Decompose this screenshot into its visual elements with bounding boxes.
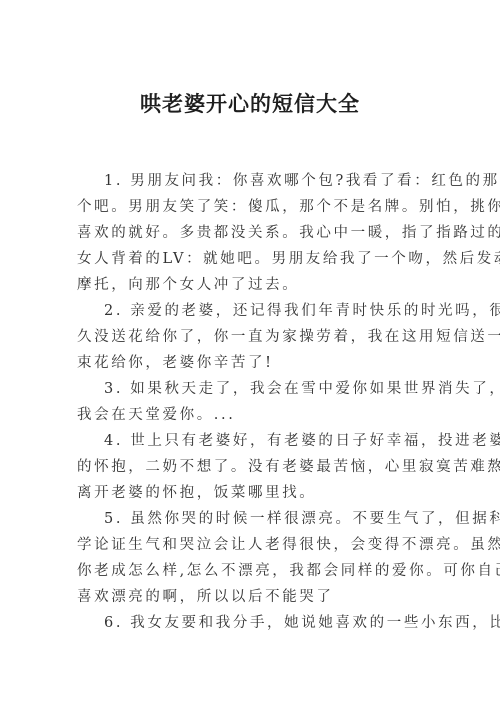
paragraph-line: 我会在天堂爱你。... — [77, 402, 423, 428]
paragraph-line: 离开老婆的怀抱，饭菜哪里找。 — [77, 480, 423, 506]
paragraph-line: 4. 世上只有老婆好，有老婆的日子好幸福，投进老婆 — [77, 428, 423, 454]
paragraph-line: 久没送花给你了，你一直为家操劳着，我在这用短信送一 — [77, 324, 423, 350]
paragraph-3: 3. 如果秋天走了，我会在雪中爱你如果世界消失了， 我会在天堂爱你。... — [77, 376, 423, 428]
document-title: 哄老婆开心的短信大全 — [0, 88, 500, 118]
paragraph-line: 摩托，向那个女人冲了过去。 — [77, 272, 423, 298]
paragraph-line: 学论证生气和哭泣会让人老得很快，会变得不漂亮。虽然 — [77, 532, 423, 558]
paragraph-line: 你老成怎么样,怎么不漂亮，我都会同样的爱你。可你自己 — [77, 558, 423, 584]
paragraph-line: 2. 亲爱的老婆，还记得我们年青时快乐的时光吗，很 — [77, 298, 423, 324]
document-body: 1. 男朋友问我：你喜欢哪个包?我看了看：红色的那 个吧。男朋友笑了笑：傻瓜，那… — [77, 168, 423, 636]
paragraph-6: 6. 我女友要和我分手，她说她喜欢的一些小东西，比 — [77, 610, 423, 636]
paragraph-1: 1. 男朋友问我：你喜欢哪个包?我看了看：红色的那 个吧。男朋友笑了笑：傻瓜，那… — [77, 168, 423, 298]
paragraph-line: 5. 虽然你哭的时候一样很漂亮。不要生气了，但据科 — [77, 506, 423, 532]
paragraph-line: 女人背着的LV：就她吧。男朋友给我了一个吻，然后发动 — [77, 246, 423, 272]
paragraph-2: 2. 亲爱的老婆，还记得我们年青时快乐的时光吗，很 久没送花给你了，你一直为家操… — [77, 298, 423, 376]
paragraph-line: 喜欢的就好。多贵都没关系。我心中一暖，指了指路过的 — [77, 220, 423, 246]
document-page: 哄老婆开心的短信大全 1. 男朋友问我：你喜欢哪个包?我看了看：红色的那 个吧。… — [0, 0, 500, 707]
paragraph-line: 1. 男朋友问我：你喜欢哪个包?我看了看：红色的那 — [77, 168, 423, 194]
paragraph-line: 3. 如果秋天走了，我会在雪中爱你如果世界消失了， — [77, 376, 423, 402]
paragraph-5: 5. 虽然你哭的时候一样很漂亮。不要生气了，但据科 学论证生气和哭泣会让人老得很… — [77, 506, 423, 610]
paragraph-line: 6. 我女友要和我分手，她说她喜欢的一些小东西，比 — [77, 610, 423, 636]
paragraph-line: 个吧。男朋友笑了笑：傻瓜，那个不是名牌。别怕，挑你 — [77, 194, 423, 220]
paragraph-line: 喜欢漂亮的啊，所以以后不能哭了 — [77, 584, 423, 610]
paragraph-4: 4. 世上只有老婆好，有老婆的日子好幸福，投进老婆 的怀抱，二奶不想了。没有老婆… — [77, 428, 423, 506]
paragraph-line: 束花给你，老婆你辛苦了! — [77, 350, 423, 376]
paragraph-line: 的怀抱，二奶不想了。没有老婆最苦恼，心里寂寞苦难熬， — [77, 454, 423, 480]
